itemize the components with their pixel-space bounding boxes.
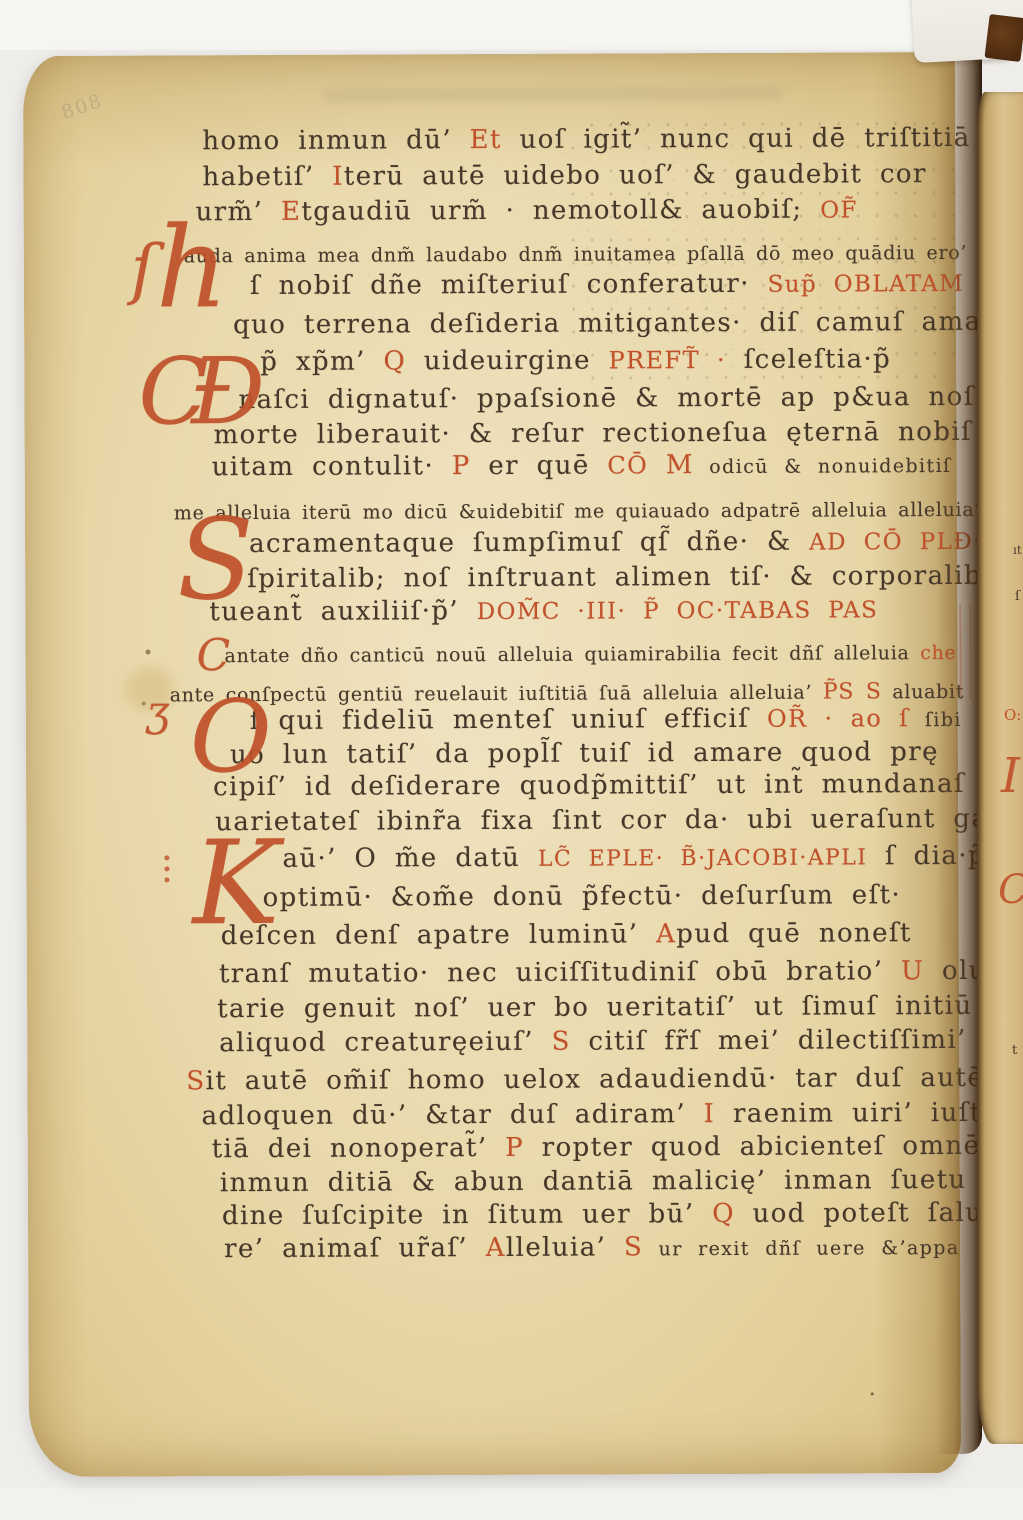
text-line-1: homo inmun dū’ Et uoſ igit̃’ nunc qui dē… [202, 125, 970, 154]
manuscript-page: 808 homo inmun dū’ Et uoſ igit̃’ nunc qu… [23, 52, 961, 1477]
facing-page-rubric-fragment: I [1001, 752, 1020, 800]
rubric-segment: DOM̃C ·III· P̃ OC·TABAS PAS [477, 597, 879, 625]
ink-segment: uitam contulit· [212, 451, 452, 482]
rubric-segment: Q [383, 346, 406, 376]
text-line-4: auda anima mea dnm̃ laudabo dnm̃ inuitam… [184, 244, 1023, 267]
red-dot-ornament [164, 855, 169, 860]
text-line-13: ſpiritalib; noſ inſtruant alimen tiſ· & … [247, 563, 992, 592]
ink-segment: aū·’ O m̃e datū [282, 843, 538, 874]
text-line-25: tarie genuit noſ’ uer bo ueritatiſ’ ut ſ… [217, 993, 973, 1022]
text-line-9: morte liberauit· & reſur rectioneſua ęte… [214, 419, 973, 448]
ink-speck [142, 702, 146, 706]
text-line-10: uitam contulit· P er quē CŌ M odicū & no… [212, 451, 952, 480]
ink-segment: quo terrena deſideria mitigantes· diſ ca… [233, 307, 1012, 340]
text-line-28: adloquen dū·’ &tar duſ adiram’ I raenim … [201, 1100, 991, 1129]
initial-curl: ʒ [146, 693, 170, 729]
facing-page-ink-fragment: t [1012, 1044, 1017, 1057]
ink-segment: me alleluia iterū mo dicū &uidebitiſ me … [174, 499, 981, 525]
rubric-segment: E [281, 197, 302, 227]
text-line-11: me alleluia iterū mo dicū &uidebitiſ me … [174, 501, 981, 524]
ink-segment: adloquen dū·’ &tar duſ adiram’ [201, 1099, 703, 1131]
text-line-6: quo terrena deſideria mitigantes· diſ ca… [233, 309, 1012, 338]
ink-segment: antate dño canticū nouū alleluia quiamir… [224, 642, 920, 667]
ink-segment: ſceleſtia·p̃ [726, 344, 891, 375]
backdrop-bottom-band [0, 1488, 1023, 1520]
rubric-segment: OF̃ [820, 197, 858, 223]
text-line-17: ſ qui fideliū menteſ uniuſ efficiſ OR̃ ·… [250, 705, 1014, 734]
ink-segment: cipiſ’ id deſiderare quodp̃mittiſ’ ut in… [213, 769, 965, 802]
ink-segment: aliquod creaturęeiuſ’ [219, 1027, 552, 1058]
ink-segment: uo lun tatiſ’ da popl̃ſ tuiſ id amare qu… [230, 737, 939, 770]
ink-segment: er quē [471, 450, 608, 481]
initial-L: ſ [131, 241, 156, 297]
ink-segment: ur rexit dñſ uere &’appa [643, 1237, 960, 1260]
ink-segment: auda anima mea dnm̃ laudabo dnm̃ inuitam… [184, 242, 1023, 268]
rubric-segment: PREFT̃ · [609, 346, 727, 375]
ink-segment: tranſ mutatio· nec uiciſſitudiniſ obū br… [219, 956, 901, 989]
initial-H: h [156, 221, 229, 317]
binding-leather-corner [984, 14, 1023, 62]
ink-segment: naſci dignatuſ· ppaſsionē & mortē ap p&u… [238, 382, 974, 415]
text-line-8: naſci dignatuſ· ppaſsionē & mortē ap p&u… [238, 384, 974, 413]
rubric-segment: I [332, 162, 344, 192]
text-line-24: tranſ mutatio· nec uiciſſitudiniſ obū br… [219, 958, 1005, 987]
rubric-segment: P [505, 1133, 524, 1163]
rubric-segment: S [552, 1027, 571, 1057]
ink-segment: ante conſpectū gentiū reuelauit iuſtitiā… [170, 682, 823, 707]
rubric-segment: Sup̃ OBLATAM [767, 271, 964, 298]
text-line-19: cipiſ’ id deſiderare quodp̃mittiſ’ ut in… [213, 771, 965, 800]
text-line-7: p̃ xp̃m’ Q uideuirgine PREFT̃ · ſceleſti… [260, 346, 891, 375]
text-line-15: antate dño canticū nouū alleluia quiamir… [224, 644, 956, 666]
book-gutter-shadow [936, 58, 982, 1454]
ink-segment [648, 450, 666, 480]
photograph-stage: 808 homo inmun dū’ Et uoſ igit̃’ nunc qu… [0, 0, 1023, 1520]
rubric-segment: Et [470, 125, 502, 155]
ink-segment: terū autē uidebo uoſ’ & gaudebit cor [344, 159, 927, 192]
text-line-29: tiā dei nonoperat̃’ P ropter quod abicie… [212, 1133, 981, 1162]
text-line-23: deſcen denſ apatre luminū’ Apud quē none… [221, 920, 912, 949]
text-line-14: tueant̃ auxiliiſ·p̃’ DOM̃C ·III· P̃ OC·T… [209, 596, 878, 625]
rubric-segment: S [186, 1066, 205, 1096]
ink-segment: homo inmun dū’ [202, 125, 469, 156]
ink-segment: urm̃’ [196, 197, 281, 227]
ink-segment: p̃ xp̃m’ [260, 346, 383, 377]
ink-segment: ſpiritalib; noſ inſtruant alimen tiſ· & … [247, 561, 992, 594]
text-line-30: inmun ditiā & abun dantiā malicię’ inman… [220, 1167, 967, 1196]
ink-segment: morte liberauit· & reſur rectioneſua ęte… [213, 417, 972, 450]
ink-segment: re’ animaſ ur̃aſ’ [224, 1233, 486, 1264]
ink-segment: deſcen denſ apatre luminū’ [221, 919, 656, 951]
ink-segment: ſ qui fideliū menteſ uniuſ efficiſ [250, 704, 767, 736]
text-line-22: optimū· &om̃e donū p̃fectū· deſurſum eſt… [263, 882, 902, 911]
text-line-26: aliquod creaturęeiuſ’ S citiſ fr̃ſ mei’ … [219, 1027, 967, 1056]
text-line-18: uo lun tatiſ’ da popl̃ſ tuiſ id amare qu… [230, 739, 939, 768]
text-line-32: re’ animaſ ur̃aſ’ Alleluia’ S ur rexit d… [224, 1233, 960, 1262]
facing-page-rubric-fragment: C [998, 870, 1023, 910]
facing-page-sliver: ıtſO:ICt [977, 92, 1023, 1444]
ink-segment: tarie genuit noſ’ uer bo ueritatiſ’ ut ſ… [217, 991, 973, 1024]
text-line-3: urm̃’ Etgaudiū urm̃ · nemotoll& auobiſ; … [196, 196, 858, 225]
ink-segment: tueant̃ auxiliiſ·p̃’ [209, 596, 477, 627]
text-line-27: Sit autē om̃iſ homo uelox adaudiendū· ta… [186, 1065, 984, 1094]
rubric-segment: I [704, 1099, 716, 1129]
ink-segment: inmun ditiā & abun dantiā malicię’ inman… [220, 1165, 967, 1198]
rubric-segment: M [666, 450, 694, 480]
text-line-12: acramentaque ſumpſimuſ qſ̃ dñe· & AD CŌ … [249, 528, 982, 557]
folio-pencil-mark: 808 [59, 90, 106, 124]
rubric-segment: P̃S S [823, 679, 882, 704]
initial-S: S [177, 513, 254, 609]
text-line-31: dine ſuſcipite in ſitum uer bū’ Q uod po… [222, 1200, 1001, 1229]
rubric-segment: CŌ [607, 451, 648, 479]
text-line-20: uarietateſ ibinr̃a fixa ſint cor da· ubi… [215, 806, 1006, 835]
ink-segment: uoſ igit̃’ nunc qui dē triſtitiā [502, 123, 971, 155]
ink-segment: tiā dei nonoperat̃’ [212, 1133, 506, 1164]
rubric-segment: A [486, 1233, 506, 1263]
text-line-16: ante conſpectū gentiū reuelauit iuſtitiā… [170, 681, 965, 706]
ink-segment: uarietateſ ibinr̃a fixa ſint cor da· ubi… [215, 804, 1006, 837]
ink-segment: pud quē noneſt [676, 918, 912, 949]
facing-page-rubric-fragment: O: [1004, 708, 1021, 723]
ink-segment: odicū & nonuidebitiſ [694, 455, 952, 478]
ink-segment: citiſ fr̃ſ mei’ dilectiſſimi’ [571, 1025, 967, 1057]
ink-segment: habetiſ’ [202, 162, 332, 193]
facing-page-ink-fragment: ıt [1013, 544, 1022, 556]
ink-segment: uideuirgine [406, 345, 609, 376]
ink-segment: tgaudiū urm̃ · nemotoll& auobiſ; [301, 195, 820, 227]
facing-page-ink-fragment: ſ [1015, 590, 1020, 603]
ink-speck [871, 1392, 874, 1395]
rubric-segment: LC̃ EPLE· B̃·JACOBI·APLI [538, 845, 867, 871]
ink-segment: it autē om̃iſ homo uelox adaudiendū· tar… [206, 1063, 985, 1096]
ink-segment: ropter quod abicienteſ omnē [524, 1131, 980, 1163]
rubric-segment: A [656, 919, 676, 949]
rubric-segment: U [901, 956, 924, 986]
rubric-segment: Q [712, 1199, 735, 1229]
stain-blob [126, 667, 174, 711]
backdrop-top-band [0, 0, 1023, 50]
rubric-segment: P [452, 451, 471, 481]
ink-segment: ſ nobiſ dñe miſteriuſ conferatur· [250, 269, 768, 301]
text-line-2: habetiſ’ Iterū autē uidebo uoſ’ & gaudeb… [202, 161, 926, 190]
ink-segment: acramentaque ſumpſimuſ qſ̃ dñe· & [249, 527, 809, 559]
text-line-21: aū·’ O m̃e datū LC̃ EPLE· B̃·JACOBI·APLI… [282, 843, 995, 872]
text-line-5: ſ nobiſ dñe miſteriuſ conferatur· Sup̃ O… [250, 270, 964, 299]
ink-segment: lleluia’ [506, 1232, 624, 1263]
ink-speck [145, 649, 150, 654]
rubric-segment: OR̃ · ao ſ [767, 704, 910, 733]
ink-segment: dine ſuſcipite in ſitum uer bū’ [222, 1199, 712, 1231]
rubric-segment: S [624, 1232, 643, 1262]
ink-segment: optimū· &om̃e donū p̃fectū· deſurſum eſt… [263, 880, 902, 913]
show-through-ghost [323, 87, 783, 103]
